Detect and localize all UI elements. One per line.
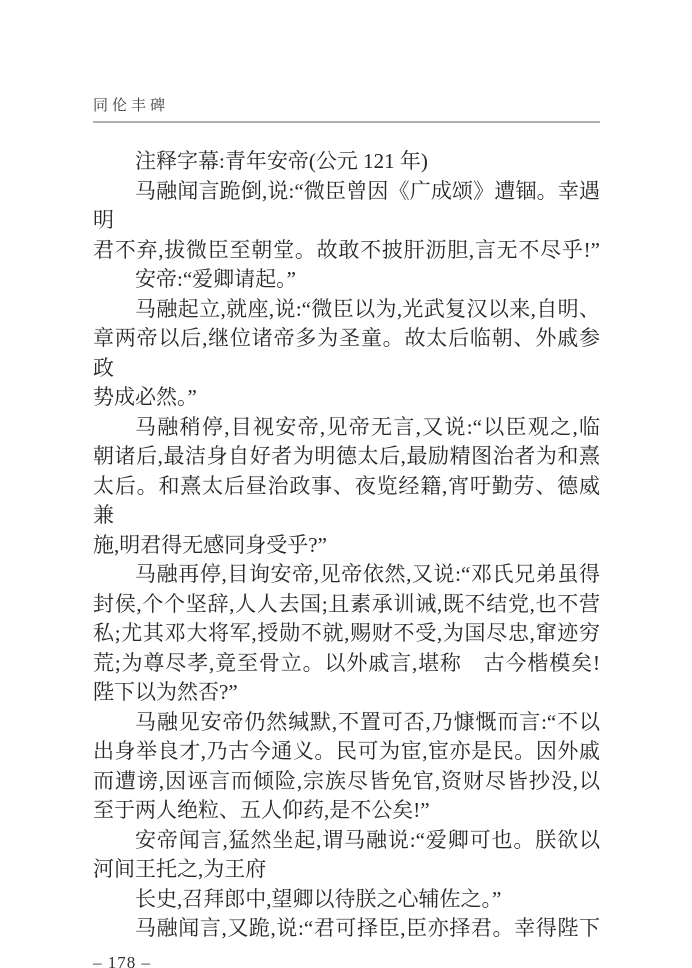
- text-line: 安帝闻言,猛然坐起,谓马融说:“爱卿可也。朕欲以: [93, 826, 600, 856]
- text-line: 马融闻言,又跪,说:“君可择臣,臣亦择君。幸得陛下: [93, 914, 600, 944]
- text-line: 马融稍停,目视安帝,见帝无言,又说:“以臣观之,临: [93, 413, 600, 443]
- body-text: 注释字幕:青年安帝(公元 121 年)马融闻言跪倒,说:“微臣曾因《广成颂》遭锢…: [93, 147, 600, 944]
- text-line: 施,明君得无感同身受乎?”: [93, 531, 600, 561]
- running-head: 同伦丰碑: [93, 97, 600, 116]
- text-line: 马融见安帝仍然缄默,不置可否,乃慷慨而言:“不以: [93, 708, 600, 738]
- text-line: 安帝:“爱卿请起。”: [93, 265, 600, 295]
- text-line: 私;尤其邓大将军,授勋不就,赐财不受,为国尽忠,窜迹穷: [93, 619, 600, 649]
- text-line: 河间王托之,为王府: [93, 855, 600, 885]
- text-line: 封侯,个个坚辞,人人去国;且素承训诫,既不结党,也不营: [93, 590, 600, 620]
- text-line: 陛下以为然否?”: [93, 678, 600, 708]
- text-line: 长史,召拜郎中,望卿以待朕之心辅佐之。”: [93, 885, 600, 915]
- text-line: 势成必然。”: [93, 383, 600, 413]
- text-line: 章两帝以后,继位诸帝多为圣童。故太后临朝、外戚参政: [93, 324, 600, 383]
- text-line: 马融闻言跪倒,说:“微臣曾因《广成颂》遭锢。幸遇明: [93, 177, 600, 236]
- page-number: – 178 –: [93, 953, 600, 968]
- text-line: 太后。和熹太后昼治政事、夜览经籍,宵吁勤劳、德威兼: [93, 472, 600, 531]
- text-line: 马融再停,目询安帝,见帝依然,又说:“邓氏兄弟虽得: [93, 560, 600, 590]
- text-line: 注释字幕:青年安帝(公元 121 年): [93, 147, 600, 177]
- text-line: 荒;为尊尽孝,竟至骨立。以外戚言,堪称 古今楷模矣!: [93, 649, 600, 679]
- header-divider: [93, 121, 600, 123]
- text-line: 马融起立,就座,说:“微臣以为,光武复汉以来,自明、: [93, 295, 600, 325]
- text-line: 至于两人绝粒、五人仰药,是不公矣!”: [93, 796, 600, 826]
- text-line: 君不弃,拔微臣至朝堂。故敢不披肝沥胆,言无不尽乎!”: [93, 236, 600, 266]
- text-line: 朝诸后,最洁身自好者为明德太后,最励精图治者为和熹: [93, 442, 600, 472]
- text-line: 出身举良才,乃古今通义。民可为宦,宦亦是民。因外戚: [93, 737, 600, 767]
- text-line: 而遭谤,因诬言而倾险,宗族尽皆免官,资财尽皆抄没,以: [93, 767, 600, 797]
- page: 同伦丰碑 注释字幕:青年安帝(公元 121 年)马融闻言跪倒,说:“微臣曾因《广…: [93, 97, 600, 968]
